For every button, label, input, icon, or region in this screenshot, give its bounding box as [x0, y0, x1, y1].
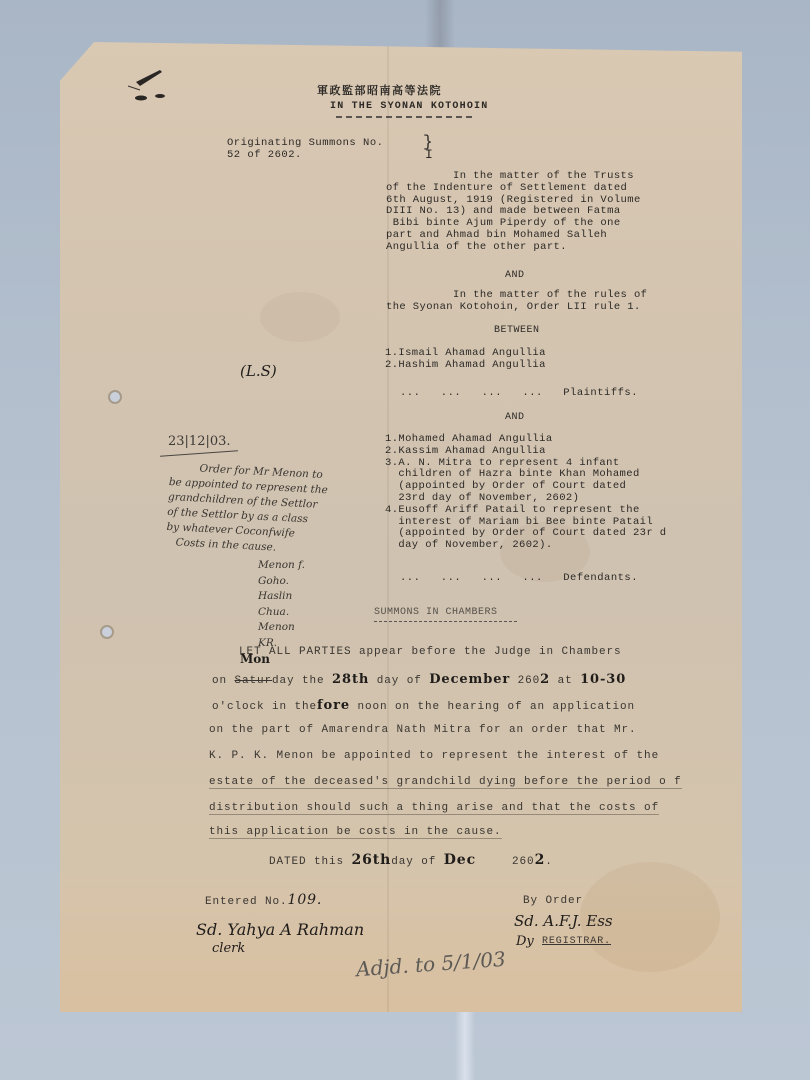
and-separator: AND	[505, 411, 525, 424]
body-line-3: o'clock in thefore noon on the hearing o…	[212, 698, 635, 713]
paper-stain	[260, 292, 340, 342]
registrar-prefix: Dy	[516, 934, 534, 949]
plaintiffs-list: 1.Ismail Ahamad Angullia 2.Hashim Ahamad…	[385, 348, 546, 372]
summons-title-rule	[374, 621, 517, 622]
court-header-japanese: 軍政監部昭南高等法院	[317, 84, 442, 97]
defendant-item: 4.Eusoff Ariff Patail to represent the	[385, 505, 666, 517]
dated-line: DATED this 26thday of Dec2602.	[269, 852, 553, 868]
defendants-label: ... ... ... ... Defendants.	[400, 572, 638, 585]
margin-note-order: Order for Mr Menon to be appointed to re…	[165, 460, 329, 558]
seal-mark: (L.S)	[240, 362, 277, 380]
ink-blot-icon	[118, 62, 178, 107]
defendant-item: 2.Kassim Ahamad Angullia	[385, 446, 666, 458]
body-line-6: estate of the deceased's grandchild dyin…	[209, 776, 682, 789]
body-line-5: K. P. K. Menon be appointed to represent…	[209, 750, 659, 762]
plaintiff-item: 2.Hashim Ahamad Angullia	[385, 360, 546, 372]
punch-hole	[108, 390, 122, 404]
body-line-4: on the part of Amarendra Nath Mitra for …	[209, 724, 637, 736]
matter-of-trusts: In the matter of the Trusts of the Inden…	[386, 171, 641, 254]
body-line-7: distribution should such a thing arise a…	[209, 802, 659, 815]
handwritten-weekday: Mon	[240, 652, 270, 666]
punch-hole	[100, 625, 114, 639]
registrar-title: REGISTRAR.	[542, 936, 611, 947]
clerk-signature: Sd. Yahya A Rahman	[196, 920, 364, 939]
body-line-8: this application be costs in the cause.	[209, 826, 502, 839]
matter-of-rules: In the matter of the rules of the Syonan…	[386, 290, 647, 314]
court-header-english: IN THE SYONAN KOTOHOIN	[330, 100, 488, 113]
margin-note-date: 23|12|03.	[168, 434, 231, 449]
clerk-title: clerk	[212, 941, 245, 956]
body-line-2: on Saturday the 28th day of December 260…	[212, 672, 626, 687]
brace-mark: I	[425, 148, 433, 161]
defendants-list: 1.Mohamed Ahamad Angullia 2.Kassim Ahama…	[385, 434, 666, 552]
entered-number: Entered No.109.	[205, 892, 322, 908]
plaintiffs-label: ... ... ... ... Plaintiffs.	[400, 387, 638, 400]
background-crease	[455, 1010, 475, 1080]
between-heading: BETWEEN	[494, 324, 540, 337]
body-line-1: LET ALL PARTIES appear before the Judge …	[209, 646, 622, 658]
registrar-signature: Sd. A.F.J. Ess	[514, 912, 613, 930]
and-separator: AND	[505, 269, 525, 282]
by-order-label: By Order	[523, 895, 583, 907]
summons-title: SUMMONS IN CHAMBERS	[374, 606, 498, 619]
margin-note-counsel: Menon f. Goho. Haslin Chua. Menon KR.	[258, 558, 305, 651]
originating-summons-number: 52 of 2602.	[227, 149, 302, 162]
header-rule	[336, 116, 472, 118]
